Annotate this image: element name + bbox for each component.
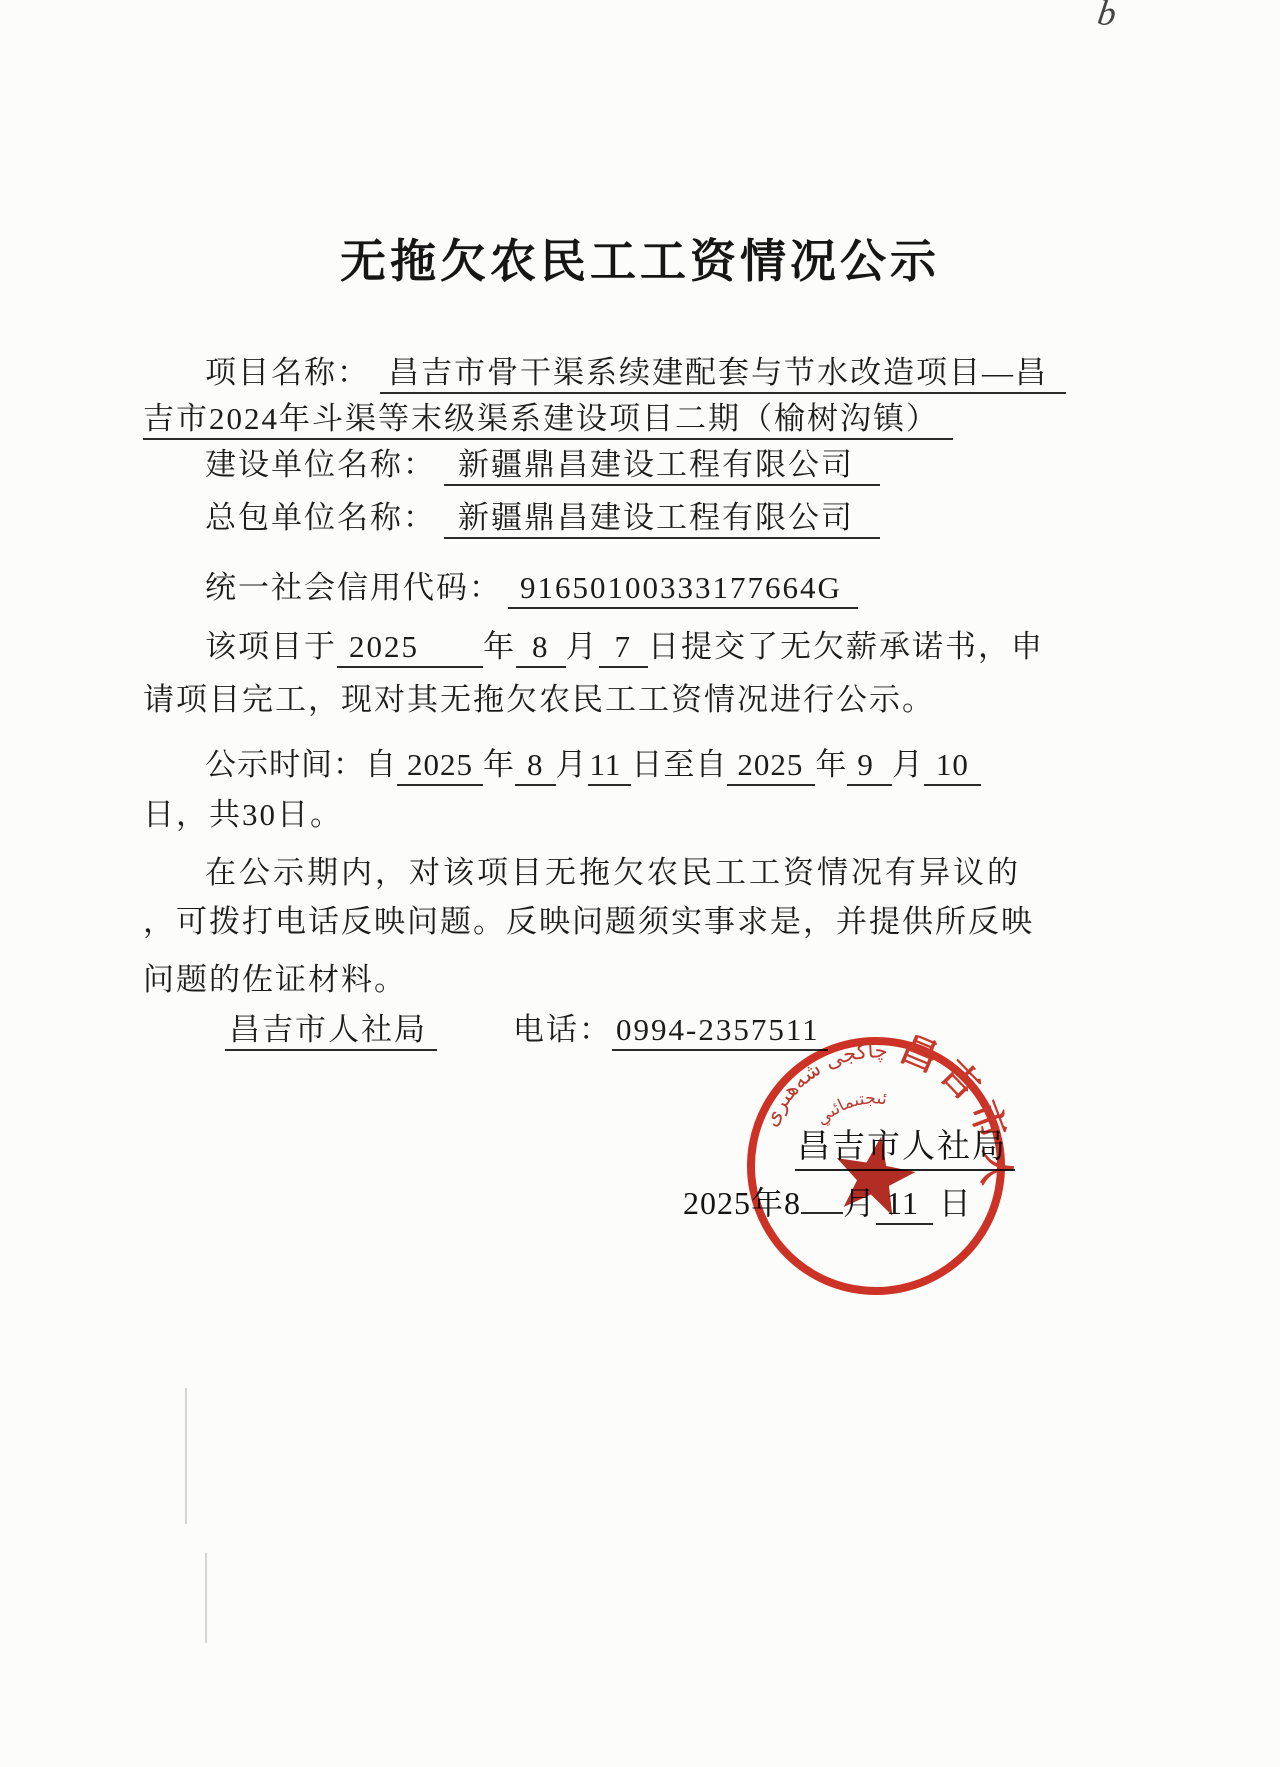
publicity-year-char: 年 — [483, 747, 515, 782]
publicity-from-day: 11 — [588, 747, 632, 786]
publicity-period-line1: 公示时间：自2025年8月11日至自2025年9月10 — [143, 744, 1150, 786]
publicity-mid: 日至自 — [631, 747, 727, 782]
contact-agency: 昌吉市人社局 — [225, 1012, 437, 1051]
field-contractor-name: 总包单位名称：新疆鼎昌建设工程有限公司 — [143, 497, 1150, 539]
submission-year-char: 年 — [483, 629, 516, 664]
field-credit-code: 统一社会信用代码：91650100333177664G — [143, 567, 1150, 609]
scan-artifact-line — [185, 1388, 187, 1524]
signature-date-month-char: 月 — [843, 1185, 876, 1221]
publicity-month-char: 月 — [556, 747, 588, 782]
publicity-year-char-2: 年 — [815, 747, 847, 782]
contractor-value: 新疆鼎昌建设工程有限公司 — [444, 500, 880, 539]
submission-year: 2025 — [337, 629, 483, 668]
objection-line2: ，可拨打电话反映问题。反映问题须实事求是，并提供所反映 — [143, 901, 1088, 943]
objection-line3: 问题的佐证材料。 — [143, 959, 1088, 1001]
signature-date: 2025年8月11日 — [683, 1178, 972, 1224]
signature-agency: 昌吉市人社局 — [795, 1120, 1015, 1171]
contact-phone-label: 电话： — [513, 1012, 612, 1047]
signature-date-day: 11 — [876, 1185, 933, 1225]
publicity-month-char-2: 月 — [892, 747, 924, 782]
field-project-name-line1: 项目名称：昌吉市骨干渠系续建配套与节水改造项目—昌 — [143, 352, 1150, 394]
submission-month-char: 月 — [566, 629, 599, 664]
project-name-label: 项目名称： — [205, 355, 370, 390]
publicity-to-year: 2025 — [727, 747, 815, 786]
signature-date-day-char: 日 — [939, 1185, 972, 1221]
field-project-name-line2: 吉市2024年斗渠等末级渠系建设项目二期（榆树沟镇） — [143, 398, 1088, 440]
signature-date-year: 2025年8 — [683, 1185, 801, 1221]
submission-sentence-line1: 该项目于2025年8月7日提交了无欠薪承诺书，申 — [143, 626, 1150, 668]
publicity-to-day: 10 — [924, 747, 981, 786]
submission-rest: 日提交了无欠薪承诺书，申 — [648, 629, 1044, 664]
handwritten-page-mark: b — [1095, 0, 1119, 35]
publicity-period-line2: 日，共30日。 — [143, 794, 1088, 836]
contractor-label: 总包单位名称： — [205, 500, 436, 535]
submission-prefix: 该项目于 — [205, 629, 337, 664]
contact-line: 昌吉市人社局电话：0994-2357511 — [143, 1009, 1088, 1051]
credit-code-value: 91650100333177664G — [508, 570, 858, 609]
publicity-from-month: 8 — [515, 747, 556, 786]
submission-month: 8 — [516, 629, 566, 668]
credit-code-label: 统一社会信用代码： — [205, 570, 502, 605]
publicity-to-month: 9 — [847, 747, 892, 786]
objection-line1: 在公示期内，对该项目无拖欠农民工工资情况有异议的 — [143, 852, 1150, 894]
submission-sentence-line2: 请项目完工，现对其无拖欠农民工工资情况进行公示。 — [143, 679, 1088, 721]
project-name-value-line1: 昌吉市骨干渠系续建配套与节水改造项目—昌 — [380, 355, 1066, 394]
builder-label: 建设单位名称： — [205, 447, 436, 482]
document-title: 无拖欠农民工工资情况公示 — [0, 225, 1280, 291]
builder-value: 新疆鼎昌建设工程有限公司 — [444, 447, 880, 486]
publicity-prefix: 公示时间：自 — [205, 747, 397, 782]
scan-artifact-line — [205, 1553, 207, 1643]
project-name-value-line2: 吉市2024年斗渠等末级渠系建设项目二期（榆树沟镇） — [143, 401, 953, 440]
blank-underline — [801, 1182, 843, 1214]
submission-day: 7 — [599, 629, 649, 668]
field-builder-name: 建设单位名称：新疆鼎昌建设工程有限公司 — [143, 444, 1150, 486]
contact-phone-number: 0994-2357511 — [612, 1012, 828, 1051]
scanned-notice-page: b 无拖欠农民工工资情况公示 项目名称：昌吉市骨干渠系续建配套与节水改造项目—昌… — [0, 0, 1280, 1767]
publicity-from-year: 2025 — [397, 747, 483, 786]
